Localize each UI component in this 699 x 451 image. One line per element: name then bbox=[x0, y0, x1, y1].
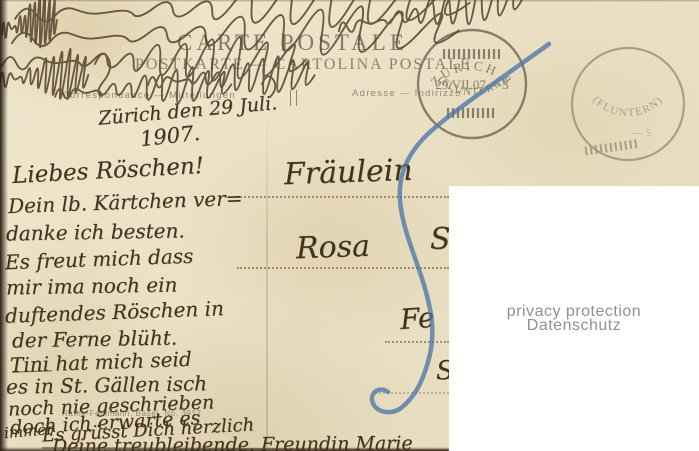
message-line: mir ima noch ein bbox=[6, 273, 178, 300]
address-dotted-line bbox=[375, 392, 449, 394]
header-title: CARTE POSTALE bbox=[177, 30, 383, 56]
paper-edge-top bbox=[0, 0, 699, 2]
address-first-name: Rosa bbox=[295, 229, 370, 267]
address-dotted-line bbox=[237, 267, 449, 269]
paper-edge-left bbox=[0, 0, 8, 451]
postcard-scan: CARTE POSTALE POSTKARTE — CARTOLINA POST… bbox=[0, 0, 699, 451]
paper-edge-bottom bbox=[0, 447, 449, 451]
address-last-name-fragment: S bbox=[430, 222, 451, 257]
address-salutation: Fräulein bbox=[283, 153, 413, 192]
message-line: danke ich besten. bbox=[6, 218, 185, 245]
address-dotted-line bbox=[385, 341, 449, 343]
address-line-fragment: Fe bbox=[399, 301, 436, 336]
address-dotted-line bbox=[237, 196, 449, 198]
privacy-text-de: Datenschutz bbox=[527, 317, 621, 335]
address-section-label: Adresse — Indirizzo bbox=[352, 88, 462, 99]
privacy-overlay: privacy protection Datenschutz bbox=[449, 186, 699, 451]
center-divider-line bbox=[266, 110, 268, 448]
section-divider-mark bbox=[290, 90, 297, 106]
header-subtitle: POSTKARTE — CARTOLINA POSTALE bbox=[135, 56, 463, 74]
